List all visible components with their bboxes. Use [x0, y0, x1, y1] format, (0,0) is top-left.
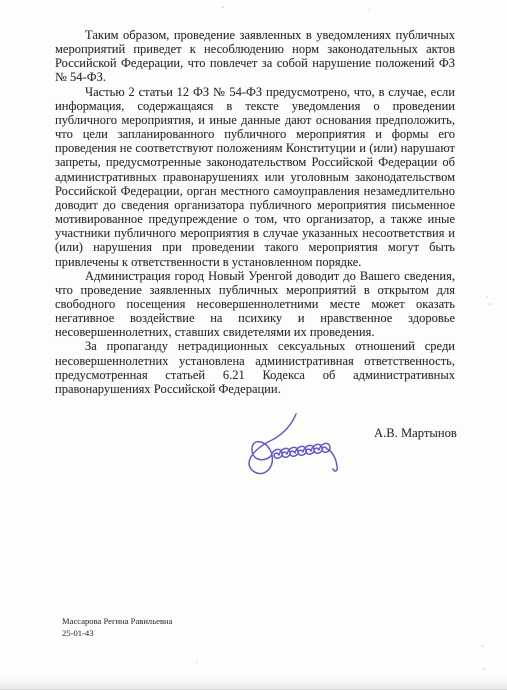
scan-artifact	[222, 6, 224, 8]
scan-artifact	[481, 645, 484, 647]
body-paragraph: Частью 2 статьи 12 ФЗ № 54-ФЗ предусмотр…	[55, 85, 455, 269]
scan-artifact	[483, 668, 486, 670]
executor-phone: 25-01-43	[62, 628, 172, 640]
scan-artifact	[196, 661, 198, 663]
letter-page: Таким образом, проведение заявленных в у…	[0, 0, 507, 690]
signature-ink-image	[228, 403, 360, 491]
executor-footer: Массарова Регина Равильевна 25-01-43	[62, 616, 172, 639]
signature-stroke	[249, 414, 337, 474]
executor-name: Массарова Регина Равильевна	[62, 616, 172, 628]
body-paragraph: Администрация город Новый Уренгой доводи…	[55, 269, 455, 340]
signer-name: А.В. Мартынов	[374, 426, 457, 441]
scan-artifact	[368, 9, 370, 10]
body-paragraph: За пропаганду нетрадиционных сексуальных…	[55, 339, 455, 396]
body-paragraph: Таким образом, проведение заявленных в у…	[55, 28, 455, 85]
letter-body: Таким образом, проведение заявленных в у…	[55, 28, 455, 396]
scan-artifact	[486, 296, 488, 298]
scan-artifact	[489, 303, 492, 305]
bottom-scan-edge	[0, 677, 507, 690]
signature-block	[228, 403, 360, 491]
